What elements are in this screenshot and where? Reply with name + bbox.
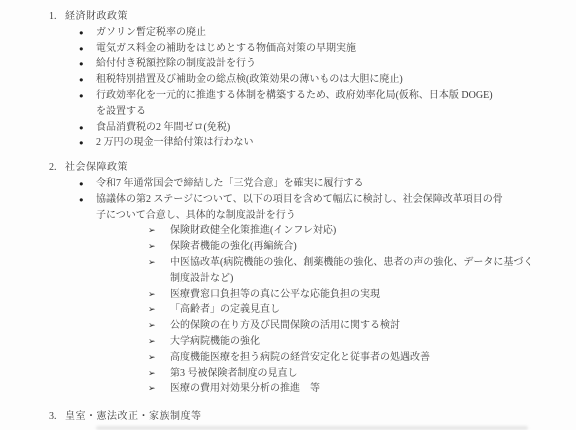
clipped-text-line: [96, 426, 528, 430]
section-title: 社会保障政策: [65, 162, 128, 173]
sub-bullet-item-text: 第3 号被保険者制度の見直し: [170, 366, 542, 382]
bullet-item-text: 租税特別措置及び補助金の総点検(政策効果の薄いものは大胆に廃止): [96, 72, 542, 88]
sub-bullet-item-text: 中医協改革(病院機能の強化、創薬機能の強化、患者の声の強化、データに基づく 制度…: [170, 255, 542, 287]
arrow-bullet-icon: ➢: [148, 334, 156, 350]
sub-bullet-item-text: 保険財政健全化策推進(インフレ対応): [170, 223, 542, 239]
sub-bullet-item: ➢ 中医協改革(病院機能の強化、創薬機能の強化、患者の声の強化、データに基づく …: [170, 255, 542, 287]
arrow-bullet-icon: ➢: [148, 350, 156, 366]
bullet-item-text: 協議体の第2 ステージについて、以下の項目を含めて幅広に検討し、社会保障改革項目…: [96, 192, 542, 224]
bullet-icon: ●: [79, 192, 84, 208]
sub-bullet-item: ➢ 医療の費用対効果分析の推進 等: [170, 381, 542, 397]
bullet-icon: ●: [79, 41, 84, 57]
arrow-bullet-icon: ➢: [148, 381, 156, 397]
bullet-item: ● 食品消費税の2 年間ゼロ(免税): [96, 120, 542, 136]
section-social-security: 2.社会保障政策 ● 令和7 年通常国会で締結した「三党合意」を確実に履行する …: [49, 160, 546, 397]
arrow-bullet-icon: ➢: [148, 366, 156, 382]
bullet-icon: ●: [79, 88, 84, 104]
arrow-bullet-icon: ➢: [148, 302, 156, 318]
sub-bullet-item: ➢ 医療費窓口負担等の真に公平な応能負担の実現: [170, 287, 542, 303]
section-heading: 2.社会保障政策: [49, 160, 546, 176]
section-heading: 3.皇室・憲法改正・家族制度等: [49, 409, 546, 425]
sub-bullet-item-text: 「高齢者」の定義見直し: [170, 302, 542, 318]
section-number: 1.: [49, 9, 65, 25]
sub-bullet-item-text: 高度機能医療を担う病院の経営安定化と従事者の処遇改善: [170, 350, 542, 366]
bullet-icon: ●: [79, 135, 84, 151]
bullet-item-text: 給付付き税額控除の制度設計を行う: [96, 56, 542, 72]
section-imperial-constitution: 3.皇室・憲法改正・家族制度等: [49, 409, 546, 425]
bullet-icon: ●: [79, 72, 84, 88]
sub-bullet-item: ➢ 大学病院機能の強化: [170, 334, 542, 350]
bullet-item: ● 租税特別措置及び補助金の総点検(政策効果の薄いものは大胆に廃止): [96, 72, 542, 88]
bullet-icon: ●: [79, 25, 84, 41]
bullet-item: ● ガソリン暫定税率の廃止: [96, 25, 542, 41]
arrow-bullet-icon: ➢: [148, 223, 156, 239]
bullet-item-text: 食品消費税の2 年間ゼロ(免税): [96, 120, 542, 136]
bullet-icon: ●: [79, 56, 84, 72]
sub-bullet-item: ➢ 第3 号被保険者制度の見直し: [170, 366, 542, 382]
sub-bullet-item-text: 保険者機能の強化(再編統合): [170, 239, 542, 255]
section-heading: 1.経済財政政策: [49, 9, 546, 25]
sub-bullet-item: ➢ 高度機能医療を担う病院の経営安定化と従事者の処遇改善: [170, 350, 542, 366]
bullet-item-text: 行政効率化を一元的に推進する体制を構築するため、政府効率化局(仮称、日本版 DO…: [96, 88, 542, 120]
document-page: 1.経済財政政策 ● ガソリン暫定税率の廃止 ● 電気ガス料金の補助をはじめとす…: [0, 0, 576, 430]
bullet-item: ● 協議体の第2 ステージについて、以下の項目を含めて幅広に検討し、社会保障改革…: [96, 192, 542, 224]
section-number: 2.: [49, 160, 65, 176]
section-number: 3.: [49, 409, 65, 425]
bullet-item-text: ガソリン暫定税率の廃止: [96, 25, 542, 41]
sub-bullet-item-text: 医療の費用対効果分析の推進 等: [170, 381, 542, 397]
arrow-bullet-icon: ➢: [148, 255, 156, 271]
bullet-item-text: 令和7 年通常国会で締結した「三党合意」を確実に履行する: [96, 176, 542, 192]
section-title: 経済財政政策: [65, 11, 128, 22]
sub-bullet-item: ➢ 保険者機能の強化(再編統合): [170, 239, 542, 255]
bullet-item: ● 令和7 年通常国会で締結した「三党合意」を確実に履行する: [96, 176, 542, 192]
bullet-item: ● 行政効率化を一元的に推進する体制を構築するため、政府効率化局(仮称、日本版 …: [96, 88, 542, 120]
sub-bullet-item-text: 医療費窓口負担等の真に公平な応能負担の実現: [170, 287, 542, 303]
sub-bullet-item-text: 公的保険の在り方及び民間保険の活用に関する検討: [170, 318, 542, 334]
bullet-item-text: 2 万円の現金一律給付策は行わない: [96, 135, 542, 151]
section-title: 皇室・憲法改正・家族制度等: [65, 411, 202, 422]
bullet-icon: ●: [79, 176, 84, 192]
bullet-item: ● 2 万円の現金一律給付策は行わない: [96, 135, 542, 151]
bullet-icon: ●: [79, 120, 84, 136]
arrow-bullet-icon: ➢: [148, 318, 156, 334]
arrow-bullet-icon: ➢: [148, 287, 156, 303]
bullet-item: ● 電気ガス料金の補助をはじめとする物価高対策の早期実施: [96, 41, 542, 57]
arrow-bullet-icon: ➢: [148, 239, 156, 255]
sub-bullet-item: ➢ 公的保険の在り方及び民間保険の活用に関する検討: [170, 318, 542, 334]
sub-bullet-item: ➢ 保険財政健全化策推進(インフレ対応): [170, 223, 542, 239]
bullet-item-text: 電気ガス料金の補助をはじめとする物価高対策の早期実施: [96, 41, 542, 57]
section-economic-policy: 1.経済財政政策 ● ガソリン暫定税率の廃止 ● 電気ガス料金の補助をはじめとす…: [49, 9, 546, 151]
sub-bullet-item-text: 大学病院機能の強化: [170, 334, 542, 350]
bullet-item: ● 給付付き税額控除の制度設計を行う: [96, 56, 542, 72]
sub-bullet-item: ➢ 「高齢者」の定義見直し: [170, 302, 542, 318]
